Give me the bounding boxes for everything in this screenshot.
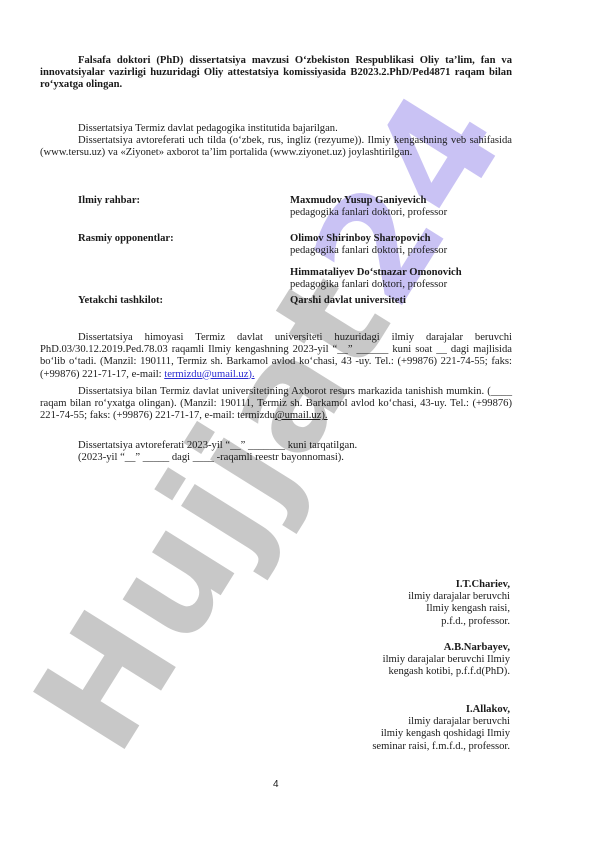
signature-chairman: I.T.Chariev, ilmiy darajalar beruvchi Il… [408,579,510,628]
supervisor-title: pedagogika fanlari doktori, professor [290,207,447,219]
intro-line-1: Dissertatsiya Termiz davlat pedagogika i… [40,123,512,135]
opponent-1-name: Olimov Shirinboy Sharopovich [290,233,431,245]
signature-secretary: A.B.Narbayev, ilmiy darajalar beruvchi I… [383,642,510,679]
defense-text: Dissertatsiya himoyasi Termiz davlat uni… [40,332,512,380]
registration-header: Falsafa doktori (PhD) dissertatsiya mavz… [40,55,512,92]
signature-line: ilmiy darajalar beruvchi [372,716,510,728]
role-label-leading-org: Yetakchi tashkilot: [78,295,163,307]
supervisor-name: Maxmudov Yusup Ganiyevich [290,195,426,207]
signature-name: I.Allakov, [372,704,510,716]
leading-org-name: Qarshi davlat universiteti [290,295,406,307]
library-email-link[interactable]: @umail.uz). [275,410,328,421]
signature-name: I.T.Chariev, [408,579,510,591]
distribution-line-1: Dissertatsiya avtoreferati 2023-yil “__”… [40,440,512,452]
signature-seminar-chair: I.Allakov, ilmiy darajalar beruvchi ilmi… [372,704,510,753]
document-page: Falsafa doktori (PhD) dissertatsiya mavz… [0,0,596,842]
page-number: 4 [273,779,279,790]
distribution-line-2: (2023-yil “__” _____ dagi ____ -raqamli … [40,452,512,464]
opponent-2-name: Himmataliyev Do‘stnazar Omonovich [290,267,462,279]
library-paragraph: Dissertatsiya bilan Termiz davlat univer… [40,386,512,423]
opponent-1-title: pedagogika fanlari doktori, professor [290,245,447,257]
signature-line: ilmiy kengash qoshidagi Ilmiy [372,728,510,740]
signature-line: ilmiy darajalar beruvchi [408,591,510,603]
defense-email-link[interactable]: termizdu@umail.uz). [164,369,254,380]
signature-line: kengash kotibi, p.f.f.d(PhD). [383,666,510,678]
signature-name: A.B.Narbayev, [383,642,510,654]
signature-line: ilmiy darajalar beruvchi Ilmiy [383,654,510,666]
signature-line: seminar raisi, f.m.f.d., professor. [372,741,510,753]
role-label-opponents: Rasmiy opponentlar: [78,233,174,245]
role-label-supervisor: Ilmiy rahbar: [78,195,140,207]
intro-line-2: Dissertatsiya avtoreferati uch tilda (o‘… [40,135,512,159]
signature-line: p.f.d., professor. [408,616,510,628]
defense-paragraph: Dissertatsiya himoyasi Termiz davlat uni… [40,332,512,381]
opponent-2-title: pedagogika fanlari doktori, professor [290,279,447,291]
signature-line: Ilmiy kengash raisi, [408,603,510,615]
